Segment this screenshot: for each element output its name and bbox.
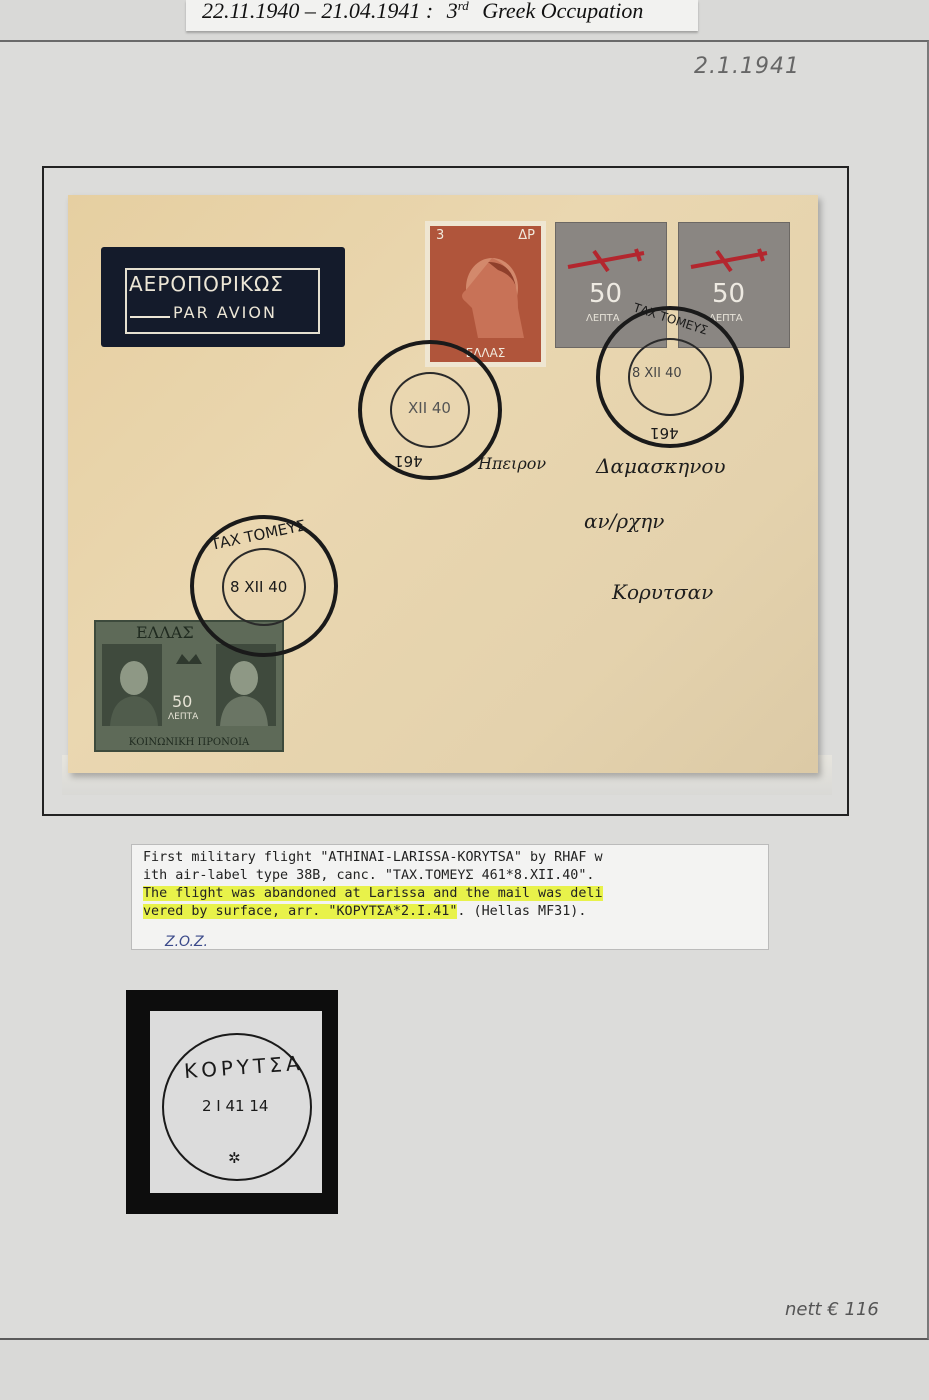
header-ordinal: 3	[439, 0, 458, 22]
address-line3: Κορυτσαν	[612, 580, 713, 604]
airplane-overprint-icon	[564, 247, 654, 275]
description-card: First military flight "ATHINAI-LARISSA-K…	[131, 844, 769, 950]
pencil-price-note: nett € 116	[785, 1299, 879, 1320]
address-line1b: Δαμασκηνου	[596, 454, 726, 478]
stamp-unit: ΛΕΠΤΑ	[168, 712, 198, 722]
stamp-unit: ΔΡ	[518, 228, 535, 243]
stamp-unit: ΛΕΠΤΑ	[586, 313, 620, 324]
description-line-1: First military flight "ATHINAI-LARISSA-K…	[143, 849, 768, 867]
address-line1a: Ηπειρον	[478, 454, 546, 473]
korytsa-postmark-date: 2 I 41 14	[202, 1097, 268, 1115]
stamp-country: ΕΛΛΑΣ	[136, 623, 194, 642]
cutout-postmark-piece[interactable]: ΚΟΡΥΤΣΑ 2 I 41 14 ✲	[150, 1011, 322, 1193]
header-title: Greek Occupation	[474, 0, 643, 22]
address-line2: αν/ρχην	[584, 509, 664, 533]
stamp-value: 50	[589, 279, 622, 309]
handwritten-zoz-note: Z.O.Z.	[165, 934, 208, 950]
stamp-value: 3	[436, 228, 444, 243]
stamp-value: 50	[712, 279, 745, 309]
description-line-2: ith air-label type 38B, canc. "ΤΑΧ.ΤΟΜΕΥ…	[143, 867, 768, 885]
page-header-label: 22.11.1940 – 21.04.1941 : 3rd Greek Occu…	[186, 0, 698, 31]
header-ordinal-sup: rd	[458, 0, 469, 13]
pencil-date-note: 2.1.1941	[694, 54, 800, 79]
airmail-label-french-text: PAR AVION	[173, 303, 277, 322]
description-line-3: The flight was abandoned at Larissa and …	[143, 886, 603, 901]
airplane-overprint-icon	[687, 247, 777, 275]
stamp-value: 50	[172, 692, 192, 711]
asterisk-ornament-icon: ✲	[228, 1149, 241, 1167]
header-period: 22.11.1940 – 21.04.1941 :	[194, 0, 433, 22]
description-line-4: vered by surface, arr. "ΚΟΡΥΤΣΑ*2.I.41"	[143, 904, 457, 919]
airmail-label-greek-text: ΑΕΡΟΠΟΡΙΚΩΣ	[129, 272, 284, 296]
airmail-label-dash	[130, 316, 170, 318]
stamp-caption: ΚΟΙΝΩΝΙΚΗ ΠΡΟΝΟΙΑ	[96, 737, 282, 748]
description-line-4-tail: . (Hellas MF31).	[457, 904, 586, 919]
king-portrait-icon	[448, 248, 524, 338]
